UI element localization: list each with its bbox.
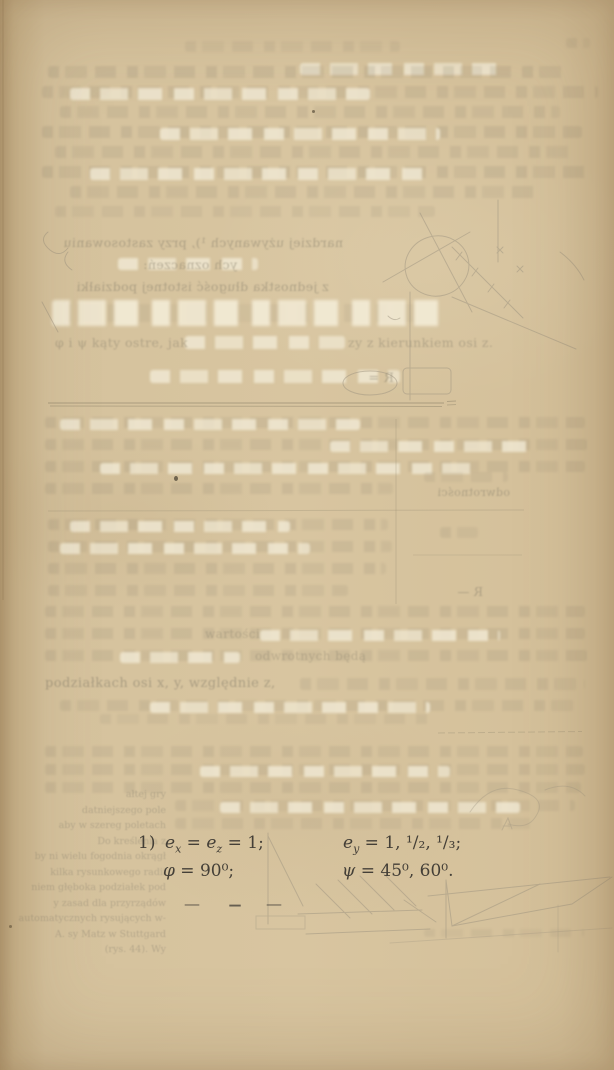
ink-speck: [174, 476, 178, 481]
pencil-sketch-layer: [42, 200, 612, 952]
printed-dash: —: [184, 894, 200, 913]
equation-item-number: 1): [138, 833, 155, 853]
pencil-and-rule-layer: [0, 0, 614, 1070]
table-rule-lines: [48, 419, 524, 604]
pencil-sketch-ellipse-box: [343, 252, 584, 400]
equation-line2-left: φ = 90⁰;: [163, 861, 234, 881]
scanned-book-page: nardziej używanych ¹), przy zastosowaniu…: [0, 0, 614, 1070]
pencil-sketch-margin-curls: [42, 232, 72, 332]
printed-dash: —: [229, 895, 242, 914]
equation-line2-right: ψ = 45⁰, 60⁰.: [342, 861, 454, 881]
equation-line1-right: ey = 1, ¹/₂, ¹/₃;: [343, 833, 461, 853]
item-number-text: 1): [138, 833, 155, 853]
footnote-rule: [438, 732, 582, 734]
pencil-sketch-ellipse-axes: [383, 200, 523, 320]
equation-line1-left: ex = ez = 1;: [165, 833, 264, 853]
double-horizontal-rule: [48, 401, 456, 407]
ink-speck: [312, 110, 315, 113]
printed-dash: —: [266, 894, 282, 913]
ink-speck: [9, 925, 12, 928]
pencil-sketch-hatching: [298, 872, 436, 934]
